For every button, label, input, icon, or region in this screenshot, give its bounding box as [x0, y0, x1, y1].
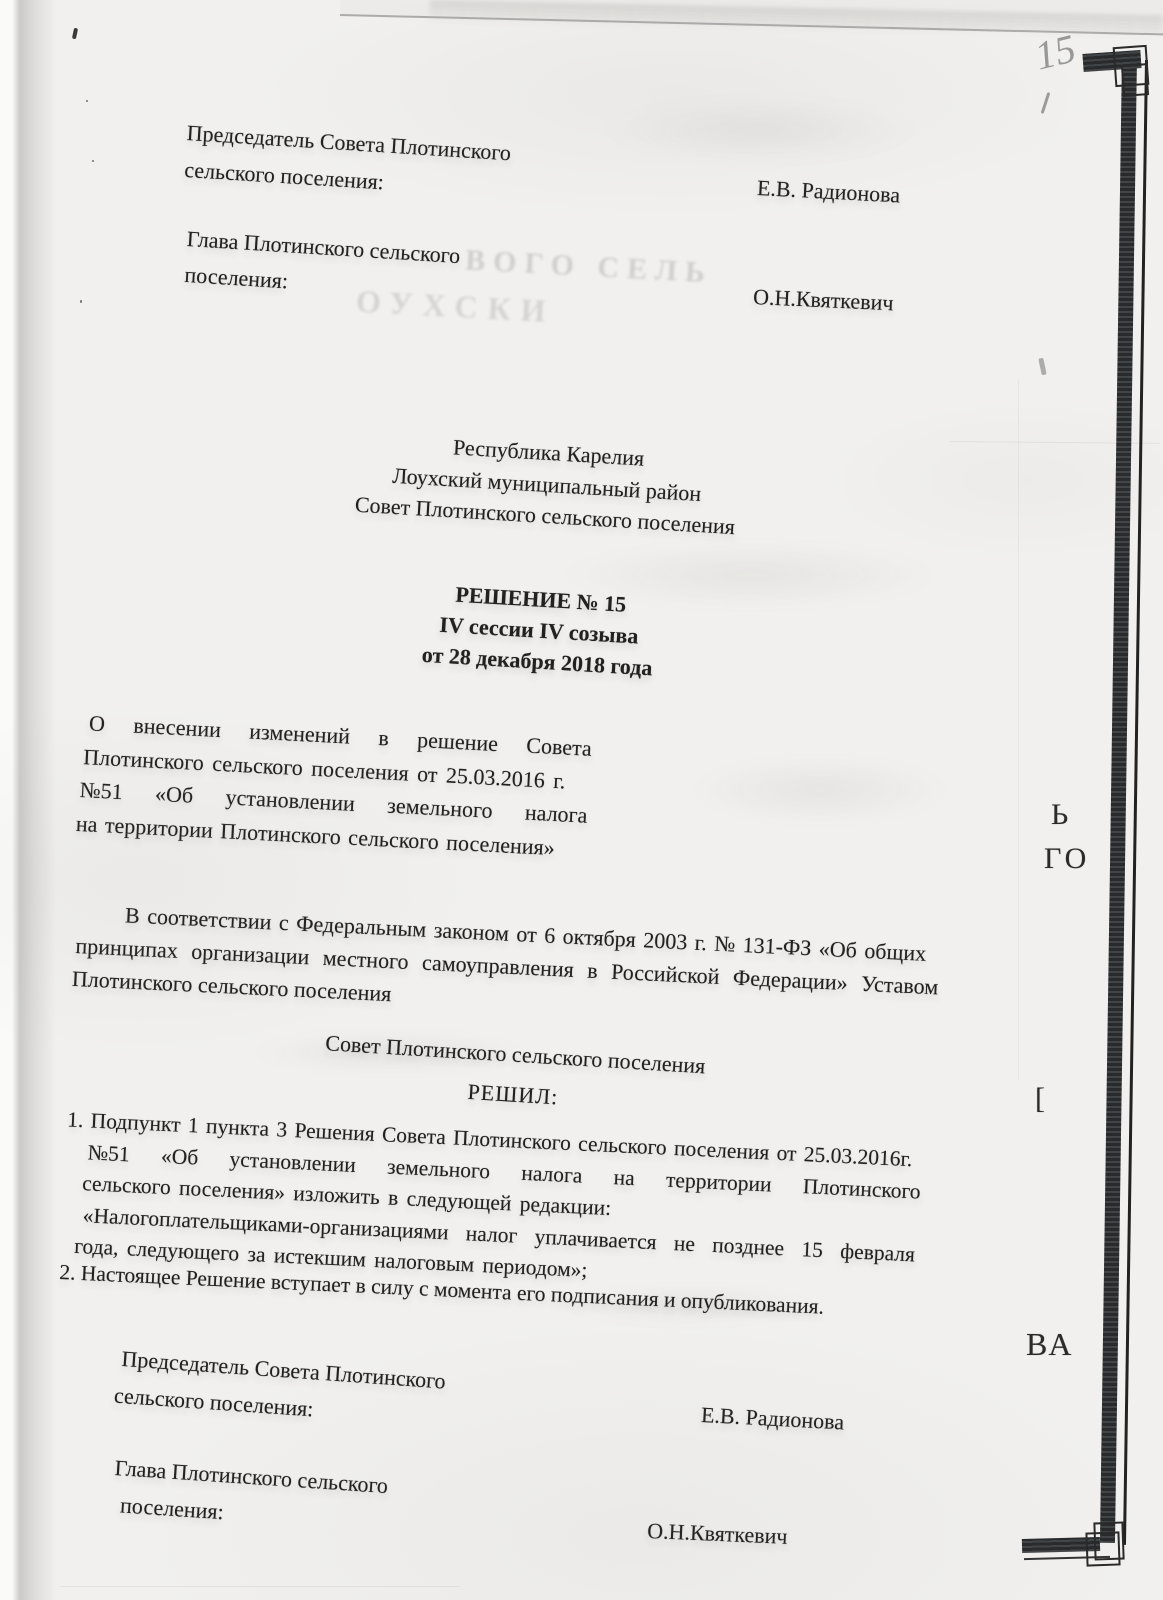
page-left-edge-shadow: [0, 0, 58, 1600]
edge-text-fragment: Ь: [1051, 798, 1068, 832]
edge-text-fragment: ВА: [1026, 1326, 1074, 1363]
scan-smudge: [690, 755, 950, 825]
top-signature-head-role: Глава Плотинского сельского поселения:: [183, 221, 461, 310]
binding-frame-bottom-corner-box: [1093, 1521, 1124, 1560]
top-signature-head-name: О.Н.Квяткевич: [752, 279, 894, 321]
resolution-heading: Совет Плотинского сельского поселения РЕ…: [302, 1022, 726, 1127]
signatory-name: Е.В. Радионова: [756, 170, 901, 213]
scan-smudge: [600, 95, 920, 165]
bottom-signature-chairman-name: Е.В. Радионова: [700, 1397, 845, 1440]
document-title: РЕШЕНИЕ № 15 IV сессии IV созыва от 28 д…: [405, 576, 672, 684]
ink-speck: [72, 28, 78, 40]
binding-frame-vertical-bar: [1100, 56, 1137, 1543]
pencil-mark: [1038, 358, 1046, 376]
ghost-text-line: ВОГО СЕЛЬ: [464, 244, 713, 291]
bottom-signature-head-name: О.Н.Квяткевич: [646, 1513, 788, 1555]
top-signature-chairman-role: Председатель Совета Плотинского сельског…: [183, 114, 512, 208]
ink-speck: [92, 160, 94, 162]
paper-crease: [1018, 380, 1019, 1080]
ink-speck: [86, 100, 88, 102]
edge-text-fragment: ГО: [1044, 842, 1090, 876]
pencil-mark: [1041, 92, 1051, 114]
scanned-document-page: ВОГО СЕЛЬ ОУХСКИ 15 Председатель Совета …: [0, 0, 1163, 1600]
edge-text-fragment: [: [1035, 1082, 1045, 1116]
signatory-name: О.Н.Квяткевич: [752, 279, 894, 321]
top-signature-chairman-name: Е.В. Радионова: [756, 170, 901, 213]
signatory-name: О.Н.Квяткевич: [646, 1513, 788, 1555]
organization-header: Республика Карелия Лоухский муниципальны…: [324, 424, 769, 544]
paper-crease: [60, 1586, 460, 1587]
bottom-signature-head-role: Глава Плотинского сельского поселения:: [111, 1449, 389, 1541]
bottom-signature-chairman-role: Председатель Совета Плотинского сельског…: [118, 1340, 447, 1436]
ink-speck: [80, 300, 82, 303]
document-subject: О внесении изменений в решение Совета Пл…: [75, 706, 592, 866]
preamble: В соответствии с Федеральным законом от …: [71, 896, 940, 1036]
binding-frame-top-corner-box: [1121, 63, 1149, 97]
signatory-name: Е.В. Радионова: [700, 1397, 845, 1440]
